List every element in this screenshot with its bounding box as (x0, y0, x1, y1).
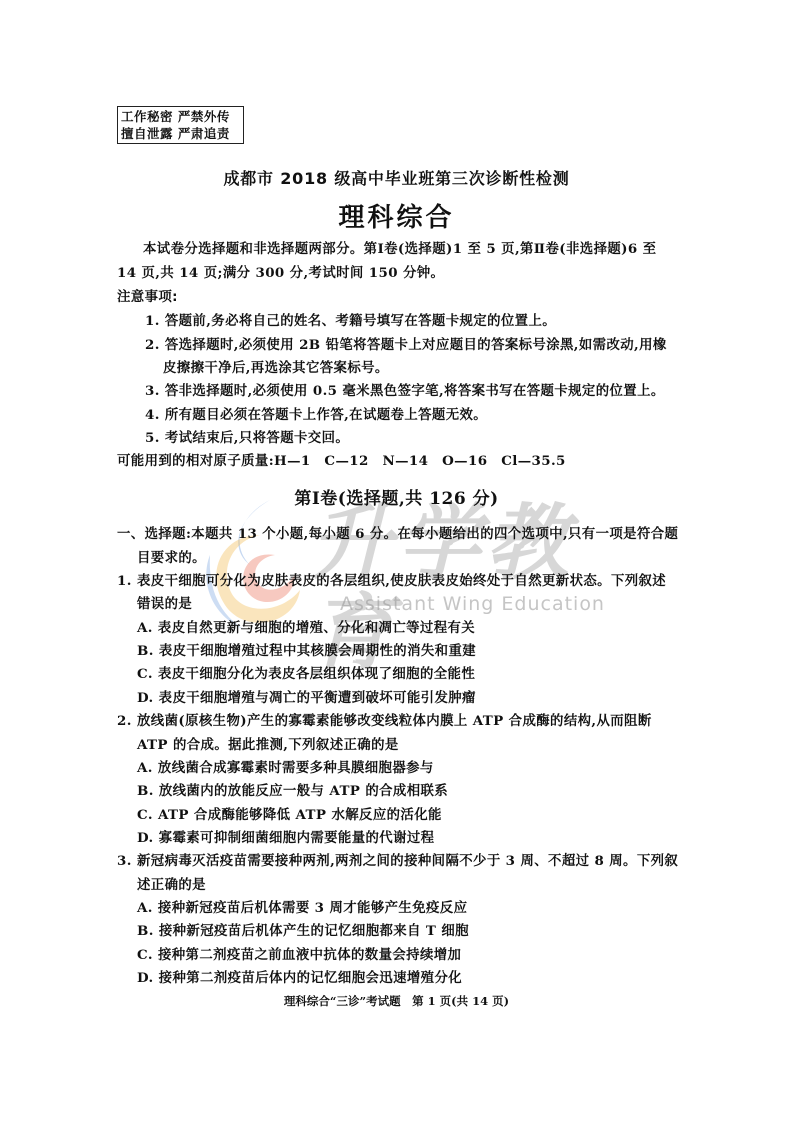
question-stem: 表皮干细胞可分化为皮肤表皮的各层组织,使皮肤表皮始终处于自然更新状态。下列叙述 (137, 572, 666, 590)
option-c: C. 表皮干细胞分化为表皮各层组织体现了细胞的全能性 (137, 665, 475, 683)
option-c: C. ATP 合成酶能够降低 ATP 水解反应的活化能 (137, 806, 442, 824)
option-d: D. 寡霉素可抑制细菌细胞内需要能量的代谢过程 (137, 829, 434, 847)
note-item: 3. 答非选择题时,必须使用 0.5 毫米黑色签字笔,将答案书写在答题卡规定的位… (145, 382, 665, 400)
option-b: B. 表皮干细胞增殖过程中其核膜会周期性的消失和重建 (137, 642, 476, 660)
question-number: 1. (117, 572, 132, 590)
option-c: C. 接种第二剂疫苗之前血液中抗体的数量会持续增加 (137, 946, 461, 964)
question-number: 3. (117, 852, 132, 870)
question-stem: 错误的是 (137, 595, 192, 613)
note-item: 2. 答选择题时,必须使用 2B 铅笔将答题卡上对应题目的答案标号涂黑,如需改动… (145, 336, 667, 354)
exam-page: 升学教育 Assistant Wing Education 工作秘密 严禁外传 … (0, 0, 793, 1122)
option-b: B. 接种新冠疫苗后机体产生的记忆细胞都来自 T 细胞 (137, 922, 469, 940)
confidential-stamp: 工作秘密 严禁外传 擅自泄露 严肃追责 (117, 106, 244, 144)
option-a: A. 放线菌合成寡霉素时需要多种具膜细胞器参与 (137, 759, 434, 777)
note-item: 5. 考试结束后,只将答题卡交回。 (145, 429, 349, 447)
notes-heading: 注意事项: (117, 289, 178, 307)
page-footer: 理科综合“三诊”考试题 第 1 页(共 14 页) (0, 993, 793, 1009)
question-stem: ATP 的合成。据此推测,下列叙述正确的是 (137, 736, 399, 754)
question-stem: 述正确的是 (137, 876, 206, 894)
option-d: D. 表皮干细胞增殖与凋亡的平衡遭到破坏可能引发肿瘤 (137, 689, 476, 707)
option-a: A. 接种新冠疫苗后机体需要 3 周才能够产生免疫反应 (137, 899, 467, 917)
swirl-logo-icon (200, 495, 320, 635)
intro-line-2: 14 页,共 14 页;满分 300 分,考试时间 150 分钟。 (117, 264, 444, 282)
section-title: 第Ⅰ卷(选择题,共 126 分) (0, 484, 793, 509)
option-d: D. 接种第二剂疫苗后体内的记忆细胞会迅速增殖分化 (137, 969, 462, 987)
option-a: A. 表皮自然更新与细胞的增殖、分化和凋亡等过程有关 (137, 619, 475, 637)
stamp-line-2: 擅自泄露 严肃追责 (121, 125, 240, 142)
question-stem: 新冠病毒灭活疫苗需要接种两剂,两剂之间的接种间隔不少于 3 周、不超过 8 周。… (137, 852, 678, 870)
option-b: B. 放线菌内的放能反应一般与 ATP 的合成相联系 (137, 782, 448, 800)
atomic-masses: 可能用到的相对原子质量:H—1 C—12 N—14 O—16 Cl—35.5 (117, 452, 566, 470)
exam-title: 成都市 2018 级高中毕业班第三次诊断性检测 (0, 166, 793, 189)
section-instruction-1: 一、选择题:本题共 13 个小题,每小题 6 分。在每小题给出的四个选项中,只有… (117, 525, 678, 543)
question-stem: 放线菌(原核生物)产生的寡霉素能够改变线粒体内膜上 ATP 合成酶的结构,从而阻… (137, 712, 652, 730)
question-number: 2. (117, 712, 132, 730)
stamp-line-1: 工作秘密 严禁外传 (121, 108, 240, 125)
section-instruction-2: 目要求的。 (137, 549, 206, 567)
note-item: 4. 所有题目必须在答题卡上作答,在试题卷上答题无效。 (145, 406, 487, 424)
subject-title: 理科综合 (0, 197, 793, 234)
intro-line-1: 本试卷分选择题和非选择题两部分。第Ⅰ卷(选择题)1 至 5 页,第Ⅱ卷(非选择题… (143, 240, 656, 258)
watermark-english: Assistant Wing Education (340, 593, 605, 615)
watermark: 升学教育 Assistant Wing Education (200, 495, 610, 635)
note-item: 1. 答题前,务必将自己的姓名、考籍号填写在答题卡规定的位置上。 (145, 312, 556, 330)
note-item-continued: 皮擦擦干净后,再选涂其它答案标号。 (163, 359, 389, 377)
